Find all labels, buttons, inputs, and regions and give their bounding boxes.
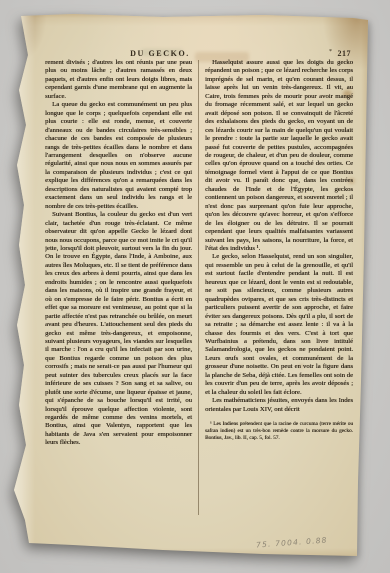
right-column: Hasselquist assure aussi que les doigts … [205, 59, 353, 529]
page-number-value: 217 [338, 49, 352, 58]
printers-mark: * [329, 49, 333, 55]
paragraph-right-2: Le gecko, selon Hasselquist, rend un son… [205, 253, 353, 397]
torn-left-edge [13, 12, 35, 558]
accession-number-handwritten: 75. 7004. 0.88 [256, 536, 328, 550]
left-column: rement divisés ; d'autres les ont réunis… [45, 59, 192, 529]
paragraph-left-1: rement divisés ; d'autres les ont réunis… [45, 59, 192, 101]
paragraph-left-2: La queue du gecko est communément un peu… [45, 101, 192, 211]
book-page-wrapper: DU GECKO. *217 rement divisés ; d'autres… [13, 12, 371, 558]
footnote: ¹ Les Indiens prétendent que la racine d… [205, 421, 353, 442]
book-page: DU GECKO. *217 rement divisés ; d'autres… [13, 12, 371, 558]
paragraph-left-3: Suivant Bontius, la couleur du gecko est… [45, 211, 192, 448]
paragraph-right-3: Les mathématiciens jésuites, envoyés dan… [205, 397, 353, 414]
page-number: *217 [329, 49, 351, 58]
text-columns: rement divisés ; d'autres les ont réunis… [45, 59, 353, 529]
column-divider-rule [198, 60, 199, 515]
paragraph-right-1: Hasselquist assure aussi que les doigts … [205, 59, 353, 253]
running-title: DU GECKO. [130, 49, 190, 58]
